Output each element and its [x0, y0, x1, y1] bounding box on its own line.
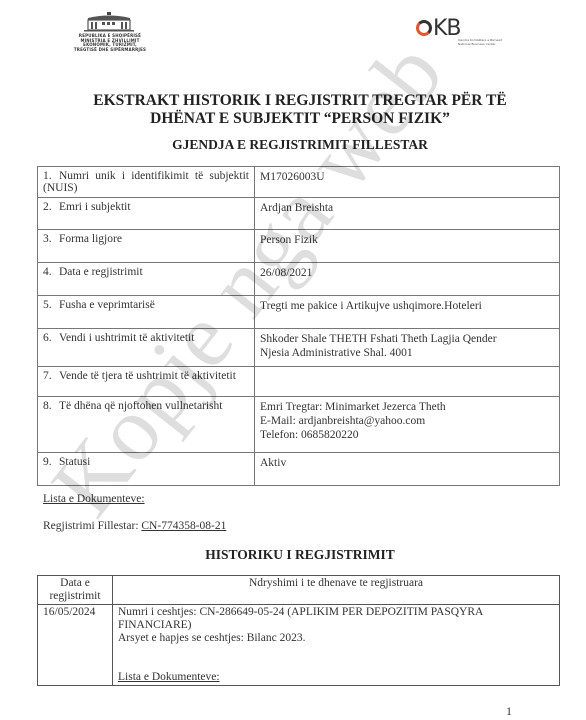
- case-number: Numri i ceshtjes: CN-286649-05-24 (APLIK…: [118, 606, 554, 632]
- registry-field-value: M17026003U: [255, 167, 560, 198]
- ministry-logo: REPUBLIKA E SHQIPËRISË MINISTRIA E ZHVIL…: [60, 10, 160, 50]
- history-documents-label: Lista e Dokumenteve:: [118, 671, 554, 684]
- value-line: Tregti me pakice i Artikujve ushqimore.H…: [260, 299, 554, 313]
- title-line: DHËNAT E SUBJEKTIT “PERSON FIZIK”: [40, 110, 560, 128]
- ministry-line: TREGTISË DHE SIPËRMARRJES: [60, 48, 160, 53]
- case-reason: Arsyet e hapjes se ceshtjes: Bilanc 2023…: [118, 632, 554, 645]
- field-label: Forma ligjore: [59, 233, 122, 245]
- row-number: 3.: [43, 233, 59, 245]
- okb-sub-line: National Business Center: [458, 43, 518, 47]
- row-number: 8.: [43, 400, 59, 412]
- field-label: Data e regjistrimit: [59, 266, 143, 278]
- registry-field-label: 5.Fusha e veprimtarisë: [38, 296, 255, 329]
- history-header-row: Data e regjistrimit Ndryshimi i te dhena…: [38, 576, 560, 605]
- value-line: Emri Tregtar: Minimarket Jezerca Theth: [260, 400, 554, 414]
- field-label: Vendi i ushtrimit të aktivitetit: [59, 332, 194, 344]
- history-header-date: Data e regjistrimit: [38, 576, 113, 605]
- registry-row: 1.Numri unik i identifikimit të subjekti…: [38, 167, 560, 198]
- government-building-icon: [82, 12, 136, 32]
- section-title-history: HISTORIKU I REGJISTRIMIT: [40, 547, 560, 563]
- registry-row: 9.StatusiAktiv: [38, 453, 560, 486]
- row-number: 6.: [43, 332, 59, 344]
- history-row: 16/05/2024Numri i ceshtjes: CN-286649-05…: [38, 605, 560, 686]
- row-number: 1.: [43, 170, 59, 182]
- registry-field-label: 8.Të dhëna që njoftohen vullnetarisht: [38, 397, 255, 453]
- field-label: Vende të tjera të ushtrimit të aktivitet…: [59, 370, 236, 382]
- registry-field-label: 1.Numri unik i identifikimit të subjekti…: [38, 167, 255, 198]
- value-line: 26/08/2021: [260, 266, 554, 280]
- history-date: 16/05/2024: [38, 605, 113, 686]
- field-label: Numri unik i identifikimit të subjektit …: [43, 170, 249, 194]
- registry-field-value: Ardjan Breishta: [255, 198, 560, 230]
- section-title-initial: GJENDJA E REGJISTRIMIT FILLESTAR: [40, 137, 560, 153]
- value-line: M17026003U: [260, 170, 554, 184]
- row-number: 5.: [43, 299, 59, 311]
- registry-row: 8.Të dhëna që njoftohen vullnetarishtEmr…: [38, 397, 560, 453]
- documents-list-label: Lista e Dokumenteve:: [43, 493, 145, 505]
- history-change: Numri i ceshtjes: CN-286649-05-24 (APLIK…: [113, 605, 560, 686]
- registry-field-label: 2.Emri i subjektit: [38, 198, 255, 230]
- ministry-name: REPUBLIKA E SHQIPËRISË MINISTRIA E ZHVIL…: [60, 34, 160, 52]
- value-line: E-Mail: ardjanbreishta@yahoo.com: [260, 414, 554, 428]
- registry-field-value: Emri Tregtar: Minimarket Jezerca ThethE-…: [255, 397, 560, 453]
- registry-row: 4.Data e regjistrimit26/08/2021: [38, 263, 560, 296]
- field-label: Emri i subjektit: [59, 201, 131, 213]
- okb-subtitle: Qendra Kombëtare e Biznesit National Bus…: [458, 39, 518, 46]
- okb-o-icon: [416, 20, 432, 36]
- registry-table: 1.Numri unik i identifikimit të subjekti…: [37, 166, 560, 486]
- value-line: Person Fizik: [260, 233, 554, 247]
- registry-field-value: Person Fizik: [255, 230, 560, 263]
- spacer: [118, 645, 554, 671]
- okb-mark: KB: [433, 18, 461, 40]
- field-label: Të dhëna që njoftohen vullnetarisht: [59, 400, 223, 412]
- page-number: 1: [506, 704, 512, 719]
- field-label: Statusi: [59, 456, 90, 468]
- row-number: 2.: [43, 201, 59, 213]
- registry-field-label: 7.Vende të tjera të ushtrimit të aktivit…: [38, 367, 255, 397]
- registry-field-value: 26/08/2021: [255, 263, 560, 296]
- registry-field-label: 3.Forma ligjore: [38, 230, 255, 263]
- history-header-change: Ndryshimi i te dhenave te regjistruara: [113, 576, 560, 605]
- initial-registration-value: CN-774358-08-21: [141, 520, 226, 532]
- value-line: Ardjan Breishta: [260, 201, 554, 215]
- row-number: 7.: [43, 370, 59, 382]
- registry-row: 2.Emri i subjektitArdjan Breishta: [38, 198, 560, 230]
- history-table: Data e regjistrimit Ndryshimi i te dhena…: [37, 575, 560, 686]
- value-line: Shkoder Shale THETH Fshati Theth Lagjia …: [260, 332, 554, 346]
- registry-field-label: 6.Vendi i ushtrimit të aktivitetit: [38, 329, 255, 367]
- value-line: Aktiv: [260, 456, 554, 470]
- registry-row: 6.Vendi i ushtrimit të aktivitetitShkode…: [38, 329, 560, 367]
- registry-row: 5.Fusha e veprimtarisëTregti me pakice i…: [38, 296, 560, 329]
- registry-field-value: Tregti me pakice i Artikujve ushqimore.H…: [255, 296, 560, 329]
- row-number: 4.: [43, 266, 59, 278]
- row-number: 9.: [43, 456, 59, 468]
- value-line: Njesia Administrative Shal. 4001: [260, 346, 554, 360]
- field-label: Fusha e veprimtarisë: [59, 299, 155, 311]
- registry-row: 7.Vende të tjera të ushtrimit të aktivit…: [38, 367, 560, 397]
- title-line: EKSTRAKT HISTORIK I REGJISTRIT TREGTAR P…: [40, 92, 560, 110]
- registry-field-value: Aktiv: [255, 453, 560, 486]
- registry-row: 3.Forma ligjorePerson Fizik: [38, 230, 560, 263]
- document-title: EKSTRAKT HISTORIK I REGJISTRIT TREGTAR P…: [40, 92, 560, 128]
- registry-field-label: 9.Statusi: [38, 453, 255, 486]
- initial-registration-label: Regjistrimi Fillestar:: [43, 520, 141, 532]
- initial-registration: Regjistrimi Fillestar: CN-774358-08-21: [43, 520, 226, 532]
- registry-field-value: [255, 367, 560, 397]
- value-line: Telefon: 0685820220: [260, 428, 554, 442]
- registry-field-value: Shkoder Shale THETH Fshati Theth Lagjia …: [255, 329, 560, 367]
- okb-logo: KB Qendra Kombëtare e Biznesit National …: [416, 18, 526, 48]
- registry-field-label: 4.Data e regjistrimit: [38, 263, 255, 296]
